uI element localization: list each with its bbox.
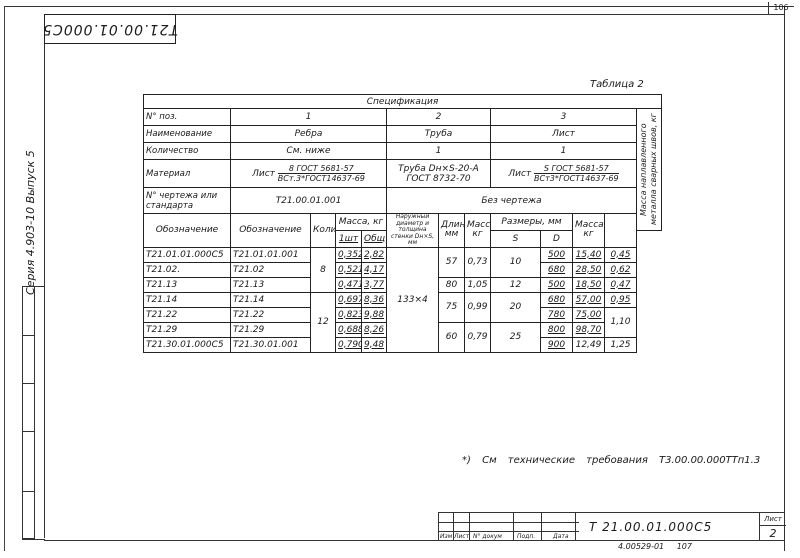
pos-2: 2 (387, 109, 491, 126)
material-1-prefix: Лист (252, 169, 275, 179)
cell-s: 12 (491, 277, 541, 292)
tb-label-date: Дата (553, 533, 569, 540)
name-3: Лист (491, 126, 637, 143)
hdr-weld-cont (605, 214, 637, 248)
cell-designation2: T21.22 (231, 307, 311, 322)
drawing-2: Без чертежа (387, 188, 637, 214)
hdr-mass-unit: 1шт (336, 230, 362, 247)
cell-d: 780 (541, 307, 573, 322)
material-2-line1: Труба Dн×S-20-A (389, 164, 488, 174)
cell-mass-unit: 0,471 (336, 277, 362, 292)
cell-mass-unit: 0,823 (336, 307, 362, 322)
tb-label-izm: Изм (440, 533, 452, 540)
cell-designation2: T21.14 (231, 292, 311, 307)
cell-mass-unit: 0,697 (336, 292, 362, 307)
table-caption: Таблица 2 (590, 79, 644, 90)
frame-left-border (4, 6, 5, 551)
material-label: Материал (144, 160, 231, 188)
material-3: Лист S ГОСТ 5681-57 ВСт3*ГОСТ14637-69 (491, 160, 637, 188)
cell-weld-merged: 1,10 (605, 307, 637, 337)
hdr-mass3: Масса, кг (573, 214, 605, 248)
corner-stamp-code: T21.00.01.000C5 (44, 14, 176, 44)
qty-1: См. ниже (231, 143, 387, 160)
sheet-box: Лист 2 (759, 513, 786, 541)
pos-1: 1 (231, 109, 387, 126)
cell-d: 680 (541, 262, 573, 277)
cell-length: 60 (439, 322, 465, 352)
strip-cell (23, 431, 35, 492)
frame-right-border (784, 6, 785, 551)
cell-qty-group: 8 (311, 247, 336, 292)
cell-designation: T21.22 (144, 307, 231, 322)
weld-mass-header: Масса наплавленного металла сварных швов… (637, 109, 662, 231)
cell-mass-total: 9,48 (362, 337, 387, 352)
weld-mass-header-text: Масса наплавленного металла сварных швов… (639, 112, 659, 227)
cell-qty-group: 12 (311, 292, 336, 352)
cell-mass2: 0,79 (465, 322, 491, 352)
hdr-qty: Колич. (311, 214, 336, 248)
cell-d: 500 (541, 247, 573, 262)
series-text: Серия 4.903-10 Выпуск 5 (24, 150, 37, 295)
cell-mass-total: 9,88 (362, 307, 387, 322)
cell-weld: 0,45 (605, 247, 637, 262)
cell-mass3: 18,50 (573, 277, 605, 292)
material-1-num: 8 ГОСТ 5681-57 (278, 164, 365, 174)
tb-label-doc: N° докум (473, 533, 502, 540)
cell-mass3: 57,00 (573, 292, 605, 307)
material-2: Труба Dн×S-20-A ГОСТ 8732-70 (387, 160, 491, 188)
drawing-code: T 21.00.01.000C5 (589, 520, 712, 534)
cell-d: 680 (541, 292, 573, 307)
table-row: T21.01.01.000C5 T21.01.01.001 8 0,352 2,… (144, 247, 662, 262)
hdr-mass-total: Общ (362, 230, 387, 247)
tb-label-list: Лист (454, 533, 469, 540)
cell-designation: T21.29 (144, 322, 231, 337)
cell-mass-unit: 0,790 (336, 337, 362, 352)
cell-mass-total: 4,17 (362, 262, 387, 277)
cell-mass2: 0,73 (465, 247, 491, 277)
cell-mass-total: 2,82 (362, 247, 387, 262)
cell-s: 10 (491, 247, 541, 277)
cell-designation2: T21.29 (231, 322, 311, 337)
cell-weld: 0,62 (605, 262, 637, 277)
cell-designation2: T21.30.01.001 (231, 337, 311, 352)
material-3-fraction: S ГОСТ 5681-57 ВСт3*ГОСТ14637-69 (534, 164, 619, 183)
cell-designation: T21.13 (144, 277, 231, 292)
hdr-designation2: Обозначение (231, 214, 311, 248)
cell-weld: 1,25 (605, 337, 637, 352)
drawing-1: T21.00.01.001 (231, 188, 387, 214)
material-1-fraction: 8 ГОСТ 5681-57 ВСт.3*ГОСТ14637-69 (278, 164, 365, 183)
hdr-mass: Масса, кг (336, 214, 387, 231)
qty-label: Количество (144, 143, 231, 160)
cell-length: 57 (439, 247, 465, 277)
cell-length: 75 (439, 292, 465, 322)
cell-mass-unit: 0,352 (336, 247, 362, 262)
cell-mass3: 98,70 (573, 322, 605, 337)
cell-pipe-dims: 133×4 (387, 247, 439, 352)
name-label: Наименование (144, 126, 231, 143)
cell-mass3: 15,40 (573, 247, 605, 262)
qty-3: 1 (491, 143, 637, 160)
cell-designation: T21.01.01.000C5 (144, 247, 231, 262)
qty-2: 1 (387, 143, 491, 160)
cell-d: 900 (541, 337, 573, 352)
side-approval-strip (22, 286, 45, 540)
cell-mass3: 28,50 (573, 262, 605, 277)
cell-mass-total: 8,26 (362, 322, 387, 337)
cell-d: 500 (541, 277, 573, 292)
material-3-num: S ГОСТ 5681-57 (534, 164, 619, 174)
cell-length: 80 (439, 277, 465, 292)
hdr-length: Длина мм (439, 214, 465, 248)
series-label: Серия 4.903-10 Выпуск 5 (24, 115, 38, 295)
hdr-mass2: Масса кг (465, 214, 491, 248)
cell-s: 20 (491, 292, 541, 322)
tb-label-sign: Подп. (517, 533, 535, 540)
strip-cell (23, 335, 35, 384)
hdr-d: D (541, 230, 573, 247)
pos-label: N° поз. (144, 109, 231, 126)
spec-title: Спецификация (144, 95, 662, 109)
strip-cell (23, 383, 35, 432)
material-3-prefix: Лист (508, 169, 531, 179)
cell-designation: T21.30.01.000C5 (144, 337, 231, 352)
cell-d: 800 (541, 322, 573, 337)
drawing-label: N° чертежа или стандарта (144, 188, 231, 214)
cell-weld: 0,47 (605, 277, 637, 292)
cell-mass-total: 3,77 (362, 277, 387, 292)
hdr-sizes: Размеры, мм (491, 214, 573, 231)
cell-mass-unit: 0,521 (336, 262, 362, 277)
title-block: Изм Лист N° докум Подп. Дата T 21.00.01.… (438, 512, 785, 541)
cell-designation2: T21.01.01.001 (231, 247, 311, 262)
cell-weld: 0,95 (605, 292, 637, 307)
material-3-den: ВСт3*ГОСТ14637-69 (534, 174, 619, 183)
cell-s: 25 (491, 322, 541, 352)
hdr-s: S (491, 230, 541, 247)
name-1: Ребра (231, 126, 387, 143)
hdr-designation: Обозначение (144, 214, 231, 248)
material-1: Лист 8 ГОСТ 5681-57 ВСт.3*ГОСТ14637-69 (231, 160, 387, 188)
cell-designation2: T21.02 (231, 262, 311, 277)
material-2-line2: ГОСТ 8732-70 (389, 174, 488, 184)
page-number: 106 (768, 2, 793, 14)
cell-mass-unit: 0,688 (336, 322, 362, 337)
material-1-den: ВСт.3*ГОСТ14637-69 (278, 174, 365, 183)
footer-code: 4.00529-01 107 (618, 542, 692, 551)
cell-mass2: 1,05 (465, 277, 491, 292)
technical-requirements-note: *) См технические требования T3.00.00.00… (462, 455, 760, 466)
name-2: Труба (387, 126, 491, 143)
cell-designation: T21.02. (144, 262, 231, 277)
pos-3: 3 (491, 109, 637, 126)
specification-table: Спецификация N° поз. 1 2 3 Масса наплавл… (143, 94, 662, 353)
cell-mass3: 12,49 (573, 337, 605, 352)
frame-top-border (4, 6, 794, 7)
cell-designation: T21.14 (144, 292, 231, 307)
title-block-grid: Изм Лист N° докум Подп. Дата (439, 513, 579, 541)
cell-mass2: 0,99 (465, 292, 491, 322)
hdr-pipe-dims: Наружный диаметр и толщина стенки Dн×S, … (387, 214, 439, 248)
sheet-number: 2 (760, 526, 786, 541)
sheet-label: Лист (760, 513, 786, 526)
strip-cell (23, 287, 35, 336)
cell-designation2: T21.13 (231, 277, 311, 292)
strip-cell (23, 491, 35, 539)
cell-mass3: 75,00 (573, 307, 605, 322)
cell-mass-total: 8,36 (362, 292, 387, 307)
